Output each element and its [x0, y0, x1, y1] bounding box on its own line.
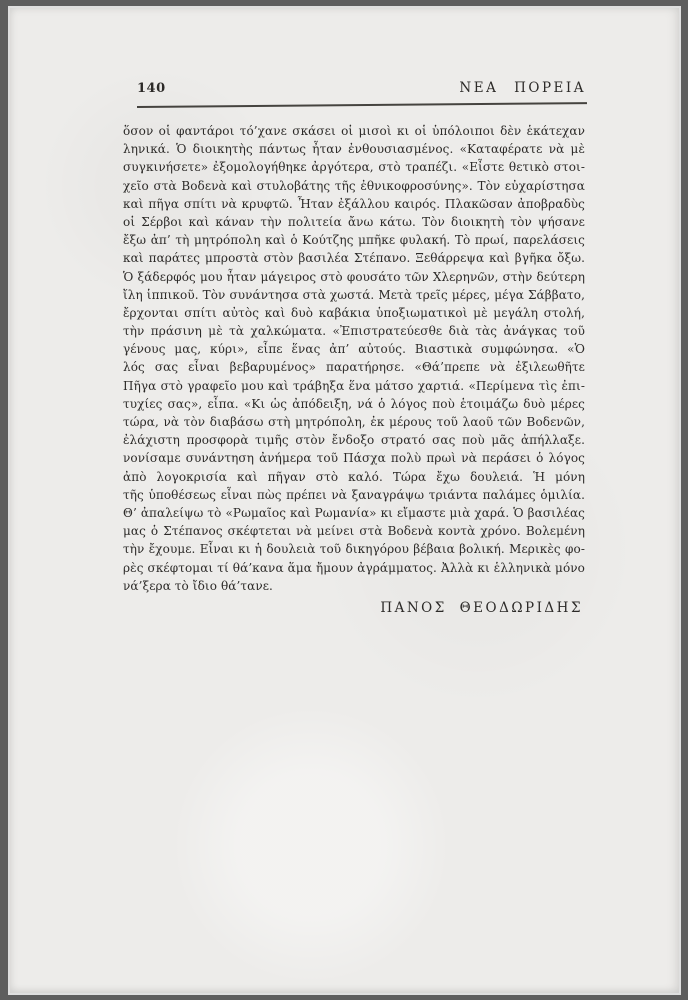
text-line: λός σας εἶναι βεβαρυμένος» παρατήρησε. «… — [123, 358, 585, 376]
text-line: τυχίες σας», εἶπα. «Κι ὡς ἀπόδειξη, νά ὁ… — [123, 395, 585, 413]
text-line: καὶ παράτες μπροστὰ στὸν βασιλέα Στέπανο… — [123, 249, 585, 267]
page-paper: 140 ΝΕΑ ΠΟΡΕΙΑ ὅσον οἱ φαντάροι τό’χανε … — [10, 8, 679, 993]
text-line: ληνικά. Ὁ διοικητὴς πάντως ἦταν ἐνθουσια… — [123, 140, 585, 158]
text-line: νονίσαμε συνάντηση ἀνήμερα τοῦ Πάσχα πολ… — [123, 449, 585, 467]
text-line: γένους μας, κύρι», εἶπε ἕνας ἀπ’ αὐτούς.… — [123, 340, 585, 358]
text-line: Πῆγα στὸ γραφεῖο μου καὶ τράβηξα ἕνα μάτ… — [123, 377, 585, 395]
text-line: νά’ξερα τὸ ἴδιο θά’τανε. — [123, 577, 585, 595]
author-signature: ΠΑΝΟΣ ΘΕΟΔΩΡΙΔΗΣ — [123, 600, 585, 616]
text-line: ρὲς σκέφτομαι τί θά’κανα ἅμα ἤμουν ἀγράμ… — [123, 559, 585, 577]
page-header: 140 ΝΕΑ ΠΟΡΕΙΑ — [137, 80, 586, 100]
text-line: ἀπὸ λογοκρισία καὶ πῆγαν στὸ καλό. Τώρα … — [123, 468, 585, 486]
text-line: τώρα, νὰ τὸν διαβάσω στὴ μητρόπολη, ἐκ μ… — [123, 413, 585, 431]
journal-title: ΝΕΑ ΠΟΡΕΙΑ — [459, 80, 586, 96]
text-line: συγκινήσετε» ἐξομολογήθηκε ἀργότερα, στὸ… — [123, 158, 585, 176]
text-line: οἱ Σέρβοι καὶ κάναν τὴν πολιτεία ἄνω κάτ… — [123, 213, 585, 231]
text-line: τὴν πράσινη μὲ τὰ χαλκώματα. «Ἐπιστρατεύ… — [123, 322, 585, 340]
header-rule — [137, 102, 587, 108]
text-line: Θ’ ἀπαλείψω τὸ «Ρωμαῖος καὶ Ρωμανία» κι … — [123, 504, 585, 522]
text-line: ἴλη ἱππικοῦ. Τὸν συνάντησα στὰ χωστά. Με… — [123, 286, 585, 304]
text-line: χεῖο στὰ Βοδενὰ καὶ στυλοβάτης τῆς ἐθνικ… — [123, 177, 585, 195]
text-line: μας ὁ Στέπανος σκέφτεται νὰ μείνει στὰ Β… — [123, 522, 585, 540]
page-number: 140 — [137, 81, 166, 96]
scanned-page: 140 ΝΕΑ ΠΟΡΕΙΑ ὅσον οἱ φαντάροι τό’χανε … — [0, 0, 688, 1000]
text-line: τῆς ὑποθέσεως εἶναι πὼς πρέπει νὰ ξαναγρ… — [123, 486, 585, 504]
text-line: Ὁ ξάδερφός μου ἦταν μάγειρος στὸ φουσάτο… — [123, 268, 585, 286]
text-line: ἔρχονται σπίτι αὐτὸς καὶ δυὸ καβάκια ὑπο… — [123, 304, 585, 322]
text-line: ἐλάχιστη προσφορὰ τιμῆς στὸν ἔνδοξο στρα… — [123, 431, 585, 449]
body-text: ὅσον οἱ φαντάροι τό’χανε σκάσει οἱ μισοὶ… — [123, 122, 585, 616]
text-line: ὅσον οἱ φαντάροι τό’χανε σκάσει οἱ μισοὶ… — [123, 122, 585, 140]
text-line: καὶ πῆγα σπίτι νὰ κρυφτῶ. Ἦταν ἐξάλλου κ… — [123, 195, 585, 213]
text-line: τὴν ἔχουμε. Εἶναι κι ἡ δουλειὰ τοῦ δικηγ… — [123, 540, 585, 558]
text-line: ἔξω ἀπ’ τὴ μητρόπολη καὶ ὁ Κούτζης μπῆκε… — [123, 231, 585, 249]
